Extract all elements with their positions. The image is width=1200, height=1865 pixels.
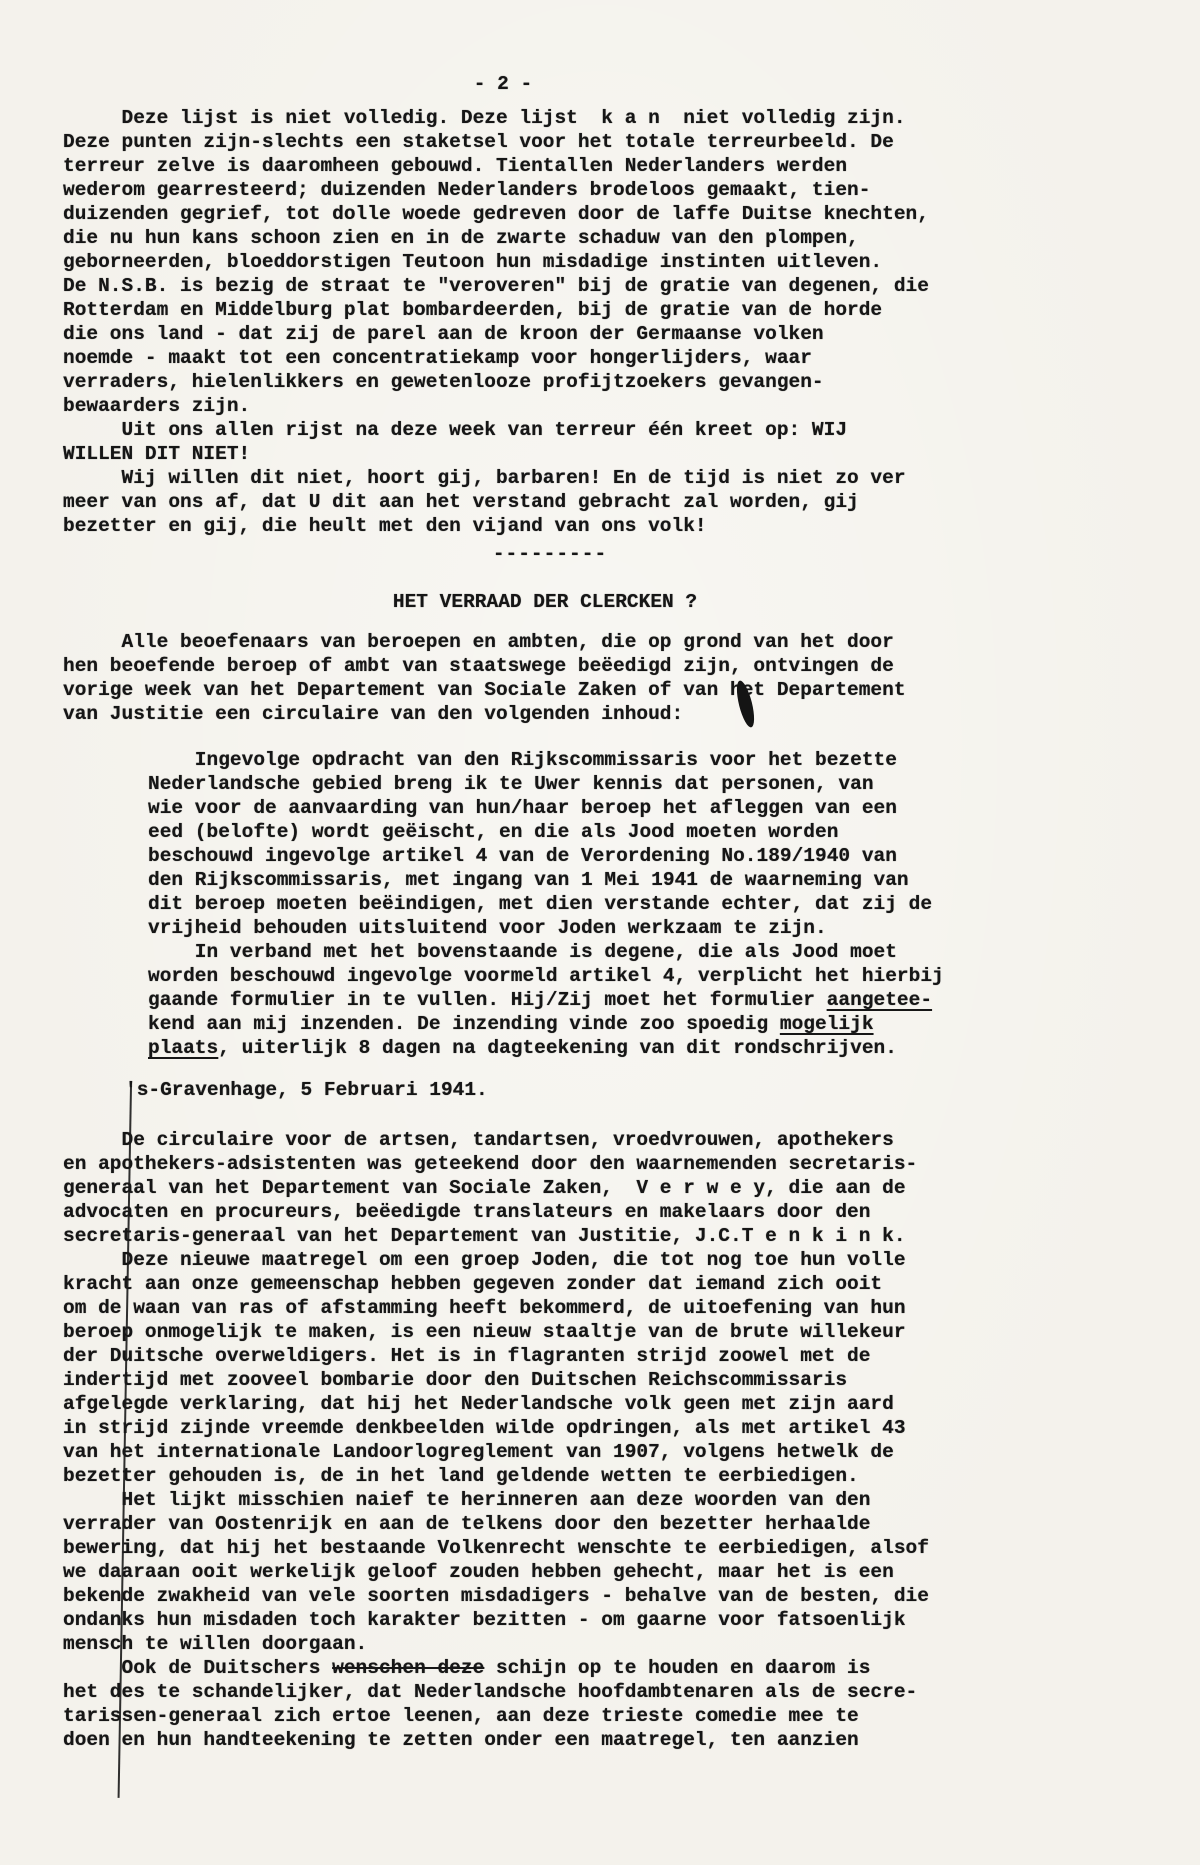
struck-text: wenschen deze: [332, 1657, 484, 1679]
lead-paragraph: Alle beoefenaars van beroepen en ambten,…: [63, 630, 943, 726]
text-line: om de waan van ras of afstamming heeft b…: [63, 1296, 943, 1320]
section-separator: ---------: [110, 542, 990, 566]
text-line: worden beschouwd ingevolge voormeld arti…: [148, 964, 1028, 988]
text-line: die ons land - dat zij de parel aan de k…: [63, 322, 943, 346]
document-page: - 2 - Deze lijst is niet volledig. Deze …: [0, 0, 1200, 1865]
circular-quote-block: Ingevolge opdracht van den Rijkscommissa…: [148, 748, 1028, 1060]
text-line: bewering, dat hij het bestaande Volkenre…: [63, 1536, 943, 1560]
text-line: ondanks hun misdaden toch karakter bezit…: [63, 1608, 943, 1632]
text-line: Deze nieuwe maatregel om een groep Joden…: [63, 1248, 943, 1272]
text-line: den Rijkscommissaris, met ingang van 1 M…: [148, 868, 1028, 892]
text-line: indertijd met zooveel bombarie door den …: [63, 1368, 943, 1392]
text-line: in strijd zijnde vreemde denkbeelden wil…: [63, 1416, 943, 1440]
text-segment: , uiterlijk 8 dagen na dagteekening van …: [218, 1037, 897, 1059]
intro-paragraph: Deze lijst is niet volledig. Deze lijst …: [63, 106, 943, 538]
text-line: afgelegde verklaring, dat hij het Nederl…: [63, 1392, 943, 1416]
text-line: bezetter en gij, die heult met den vijan…: [63, 514, 943, 538]
text-line: gaande formulier in te vullen. Hij/Zij m…: [148, 988, 1028, 1012]
text-line: geborneerden, bloeddorstigen Teutoon hun…: [63, 250, 943, 274]
text-line: WILLEN DIT NIET!: [63, 442, 943, 466]
text-line: tarissen-generaal zich ertoe leenen, aan…: [63, 1704, 943, 1728]
text-segment: kend aan mij inzenden. De inzending vind…: [148, 1013, 780, 1035]
text-line: wederom gearresteerd; duizenden Nederlan…: [63, 178, 943, 202]
text-line: Ook de Duitschers wenschen deze schijn o…: [63, 1656, 943, 1680]
underlined-text: plaats: [148, 1037, 218, 1059]
text-line: dit beroep moeten beëindigen, met dien v…: [148, 892, 1028, 916]
text-line: bezetter gehouden is, de in het land gel…: [63, 1464, 943, 1488]
text-line: Wij willen dit niet, hoort gij, barbaren…: [63, 466, 943, 490]
text-line: advocaten en procureurs, beëedigde trans…: [63, 1200, 943, 1224]
page-number: - 2 -: [63, 72, 943, 96]
text-line: vrijheid behouden uitsluitend voor Joden…: [148, 916, 1028, 940]
text-line: In verband met het bovenstaande is degen…: [148, 940, 1028, 964]
underlined-text: aangetee-: [827, 989, 932, 1011]
text-line: verraders, hielenlikkers en gewetenlooze…: [63, 370, 943, 394]
text-line: doen en hun handteekening te zetten onde…: [63, 1728, 943, 1752]
text-line: Nederlandsche gebied breng ik te Uwer ke…: [148, 772, 1028, 796]
text-line: van het internationale Landoorlogregleme…: [63, 1440, 943, 1464]
text-line: meer van ons af, dat U dit aan het verst…: [63, 490, 943, 514]
text-line: Alle beoefenaars van beroepen en ambten,…: [63, 630, 943, 654]
text-line: noemde - maakt tot een concentratiekamp …: [63, 346, 943, 370]
text-segment: Ook de Duitschers: [63, 1657, 332, 1679]
text-line: eed (belofte) wordt geëischt, en die als…: [148, 820, 1028, 844]
text-line: we daaraan ooit werkelijk geloof zouden …: [63, 1560, 943, 1584]
text-line: Deze punten zijn-slechts een staketsel v…: [63, 130, 943, 154]
text-line: het des te schandelijker, dat Nederlands…: [63, 1680, 943, 1704]
text-line: Rotterdam en Middelburg plat bombardeerd…: [63, 298, 943, 322]
text-line: De circulaire voor de artsen, tandartsen…: [63, 1128, 943, 1152]
text-line: beroep onmogelijk te maken, is een nieuw…: [63, 1320, 943, 1344]
underlined-text: mogelijk: [780, 1013, 874, 1035]
text-line: kracht aan onze gemeenschap hebben gegev…: [63, 1272, 943, 1296]
text-line: Het lijkt misschien naief te herinneren …: [63, 1488, 943, 1512]
text-line: verrader van Oostenrijk en aan de telken…: [63, 1512, 943, 1536]
text-line: die nu hun kans schoon zien en in de zwa…: [63, 226, 943, 250]
text-line: der Duitsche overweldigers. Het is in fl…: [63, 1344, 943, 1368]
text-line: generaal van het Departement van Sociale…: [63, 1176, 943, 1200]
text-line: kend aan mij inzenden. De inzending vind…: [148, 1012, 1028, 1036]
text-line: en apothekers-adsistenten was geteekend …: [63, 1152, 943, 1176]
text-line: Deze lijst is niet volledig. Deze lijst …: [63, 106, 943, 130]
text-line: terreur zelve is daaromheen gebouwd. Tie…: [63, 154, 943, 178]
text-line: secretaris-generaal van het Departement …: [63, 1224, 943, 1248]
text-line: vorige week van het Departement van Soci…: [63, 678, 943, 702]
text-line: plaats, uiterlijk 8 dagen na dagteekenin…: [148, 1036, 1028, 1060]
text-line: bekende zwakheid van vele soorten misdad…: [63, 1584, 943, 1608]
article-title: HET VERRAAD DER CLERCKEN ?: [105, 590, 985, 614]
text-line: hen beoefende beroep of ambt van staatsw…: [63, 654, 943, 678]
body-paragraphs: De circulaire voor de artsen, tandartsen…: [63, 1128, 943, 1752]
text-line: mensch te willen doorgaan.: [63, 1632, 943, 1656]
text-line: bewaarders zijn.: [63, 394, 943, 418]
text-line: Ingevolge opdracht van den Rijkscommissa…: [148, 748, 1028, 772]
text-line: duizenden gegrief, tot dolle woede gedre…: [63, 202, 943, 226]
text-line: De N.S.B. is bezig de straat te "verover…: [63, 274, 943, 298]
text-segment: schijn op te houden en daarom is: [484, 1657, 870, 1679]
text-segment: gaande formulier in te vullen. Hij/Zij m…: [148, 989, 827, 1011]
text-line: wie voor de aanvaarding van hun/haar ber…: [148, 796, 1028, 820]
dateline: 's-Gravenhage, 5 Februari 1941.: [63, 1078, 1200, 1102]
text-line: Uit ons allen rijst na deze week van ter…: [63, 418, 943, 442]
text-line: van Justitie een circulaire van den volg…: [63, 702, 943, 726]
text-line: beschouwd ingevolge artikel 4 van de Ver…: [148, 844, 1028, 868]
